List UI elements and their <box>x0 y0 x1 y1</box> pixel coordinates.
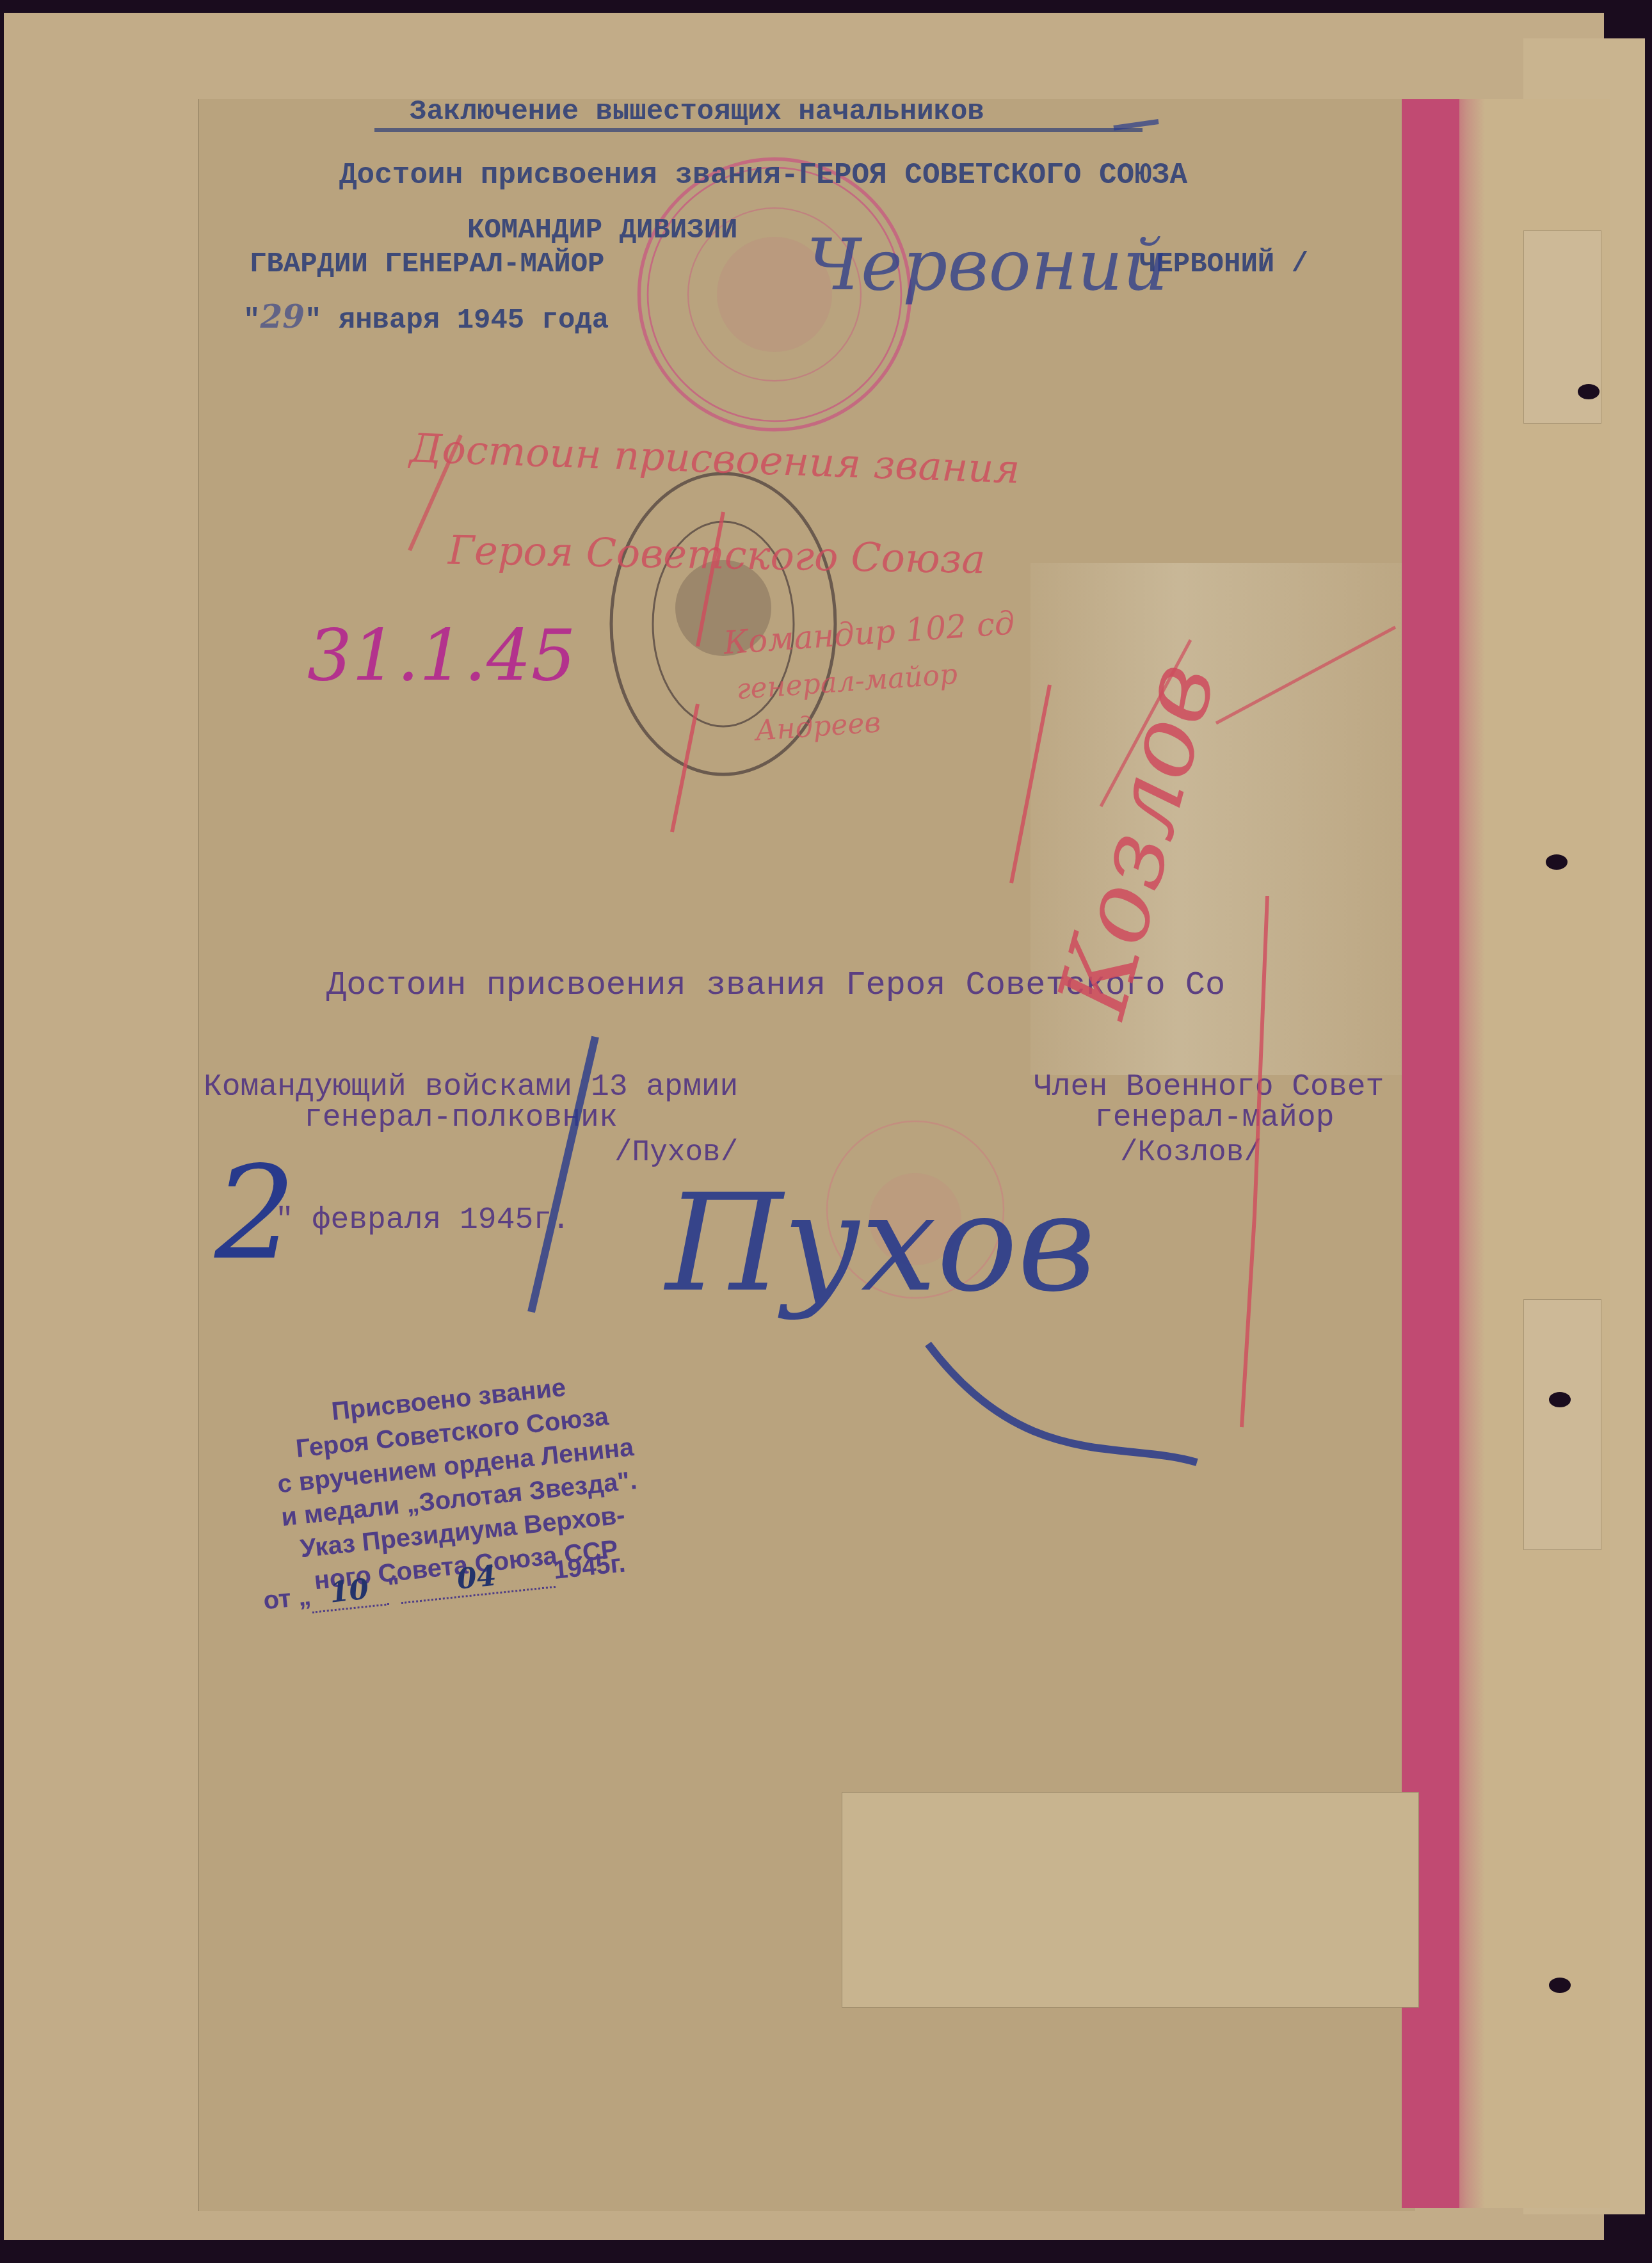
division-commander-title: КОМАНДИР ДИВИЗИИ <box>467 214 737 246</box>
signature-division-commander: Червоний <box>806 224 1168 306</box>
upper-date: "29" января 1945 года <box>243 298 609 337</box>
council-member-rank: генерал-майор <box>1095 1101 1334 1135</box>
council-member-title: Член Военного Совет <box>1034 1070 1384 1105</box>
lower-date-day-handwritten: 2 <box>214 1139 296 1288</box>
magenta-date-note: 31.1.45 <box>307 614 576 696</box>
heading-underline <box>374 128 1143 132</box>
paper-repair-patch <box>1523 1299 1601 1550</box>
date-month-year: " января 1945 года <box>305 305 609 337</box>
signature-army-commander: Пухов <box>666 1165 1096 1322</box>
punch-hole <box>1549 1392 1571 1407</box>
cover-slip <box>842 1792 1419 2008</box>
army-commander-rank: генерал-полковник <box>304 1101 618 1135</box>
punch-hole <box>1578 384 1600 399</box>
date-quote: " <box>243 305 260 337</box>
division-commander-rank: ГВАРДИИ ГЕНЕРАЛ-МАЙОР <box>250 248 605 280</box>
date-day-handwritten: 29 <box>260 298 305 335</box>
section-heading: Заключение вышестоящих начальников <box>410 96 984 128</box>
award-date-prefix: от „ <box>262 1582 312 1615</box>
army-commander-title: Командующий войсками 13 армии <box>204 1070 738 1105</box>
red-note-line-2: Героя Советского Союза <box>447 527 986 583</box>
punch-hole <box>1549 1978 1571 1993</box>
lower-date: " февраля 1945г. <box>275 1203 570 1238</box>
award-date-year: 1945г. <box>552 1549 627 1585</box>
recommendation-text-top: Достоин присвоения звания-ГЕРОЯ СОВЕТСКО… <box>339 159 1187 192</box>
council-member-name: /Козлов/ <box>1120 1136 1262 1169</box>
punch-hole <box>1546 854 1568 870</box>
